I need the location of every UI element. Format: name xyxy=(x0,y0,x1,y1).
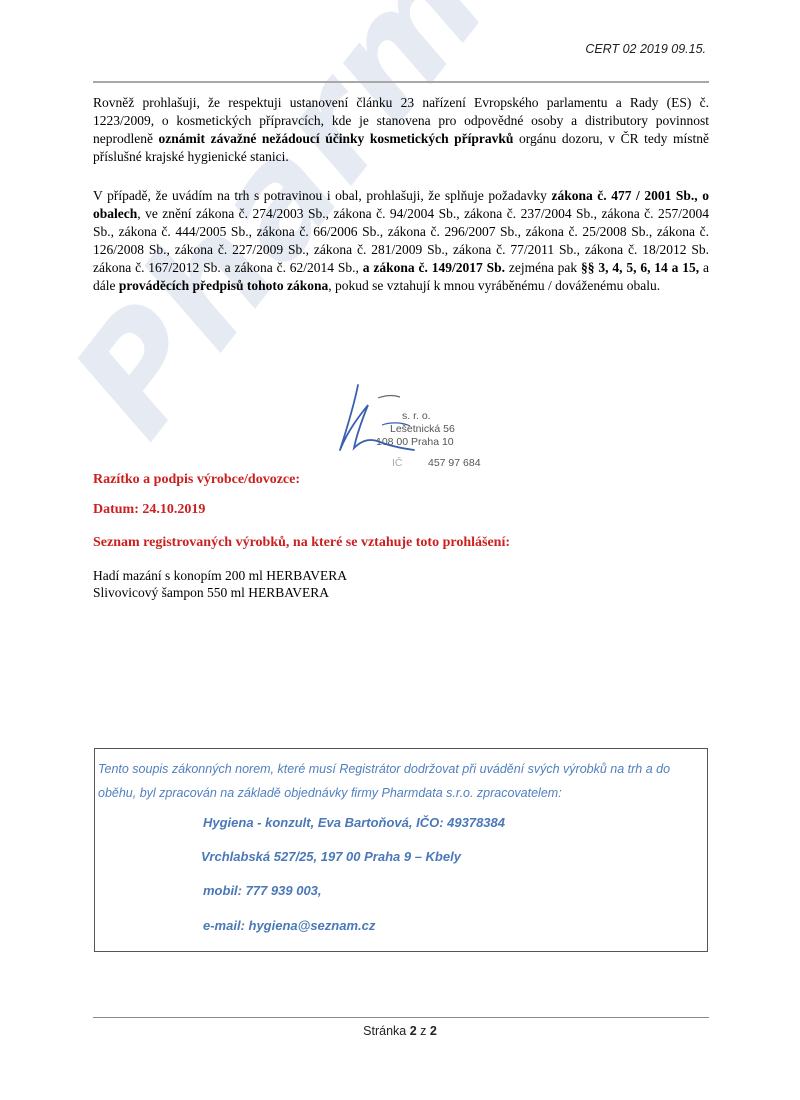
stamp-signature-label: Razítko a podpis výrobce/dovozce: xyxy=(93,472,300,488)
processor-phone: mobil: 777 939 003, xyxy=(203,883,322,898)
list-item: Hadí mazání s konopím 200 ml HERBAVERA xyxy=(93,567,347,584)
text: , pokud se vztahují k mnou vyráběnému / … xyxy=(328,278,660,293)
document-code: CERT 02 2019 09.15. xyxy=(585,42,706,56)
processor-company: Hygiena - konzult, Eva Bartoňová, IČO: 4… xyxy=(203,815,505,830)
bold-text: a zákona č. 149/2017 Sb. xyxy=(363,260,505,275)
page-number: Stránka 2 z 2 xyxy=(0,1024,800,1038)
header-divider xyxy=(93,81,709,83)
products-heading: Seznam registrovaných výrobků, na které … xyxy=(93,535,510,551)
footer-divider xyxy=(93,1017,709,1018)
handwritten-signature-icon xyxy=(330,380,450,460)
page-prefix: Stránka xyxy=(363,1024,410,1038)
total-pages: 2 xyxy=(430,1024,437,1038)
page-separator: z xyxy=(417,1024,430,1038)
processor-email: e-mail: hygiena@seznam.cz xyxy=(203,918,375,933)
text: V případě, že uvádím na trh s potravinou… xyxy=(93,188,551,203)
signature-and-stamp: s. r. o. Lešetnická 56 108 00 Praha 10 I… xyxy=(330,380,550,470)
list-item: Slivovicový šampon 550 ml HERBAVERA xyxy=(93,584,347,601)
processor-info-box: Tento soupis zákonných norem, které musí… xyxy=(94,748,708,952)
info-intro: Tento soupis zákonných norem, které musí… xyxy=(98,757,703,805)
paragraph-packaging-declaration: V případě, že uvádím na trh s potravinou… xyxy=(93,187,709,295)
processor-address: Vrchlabská 527/25, 197 00 Praha 9 – Kbel… xyxy=(201,849,461,864)
product-list: Hadí mazání s konopím 200 ml HERBAVERA S… xyxy=(93,567,347,601)
current-page: 2 xyxy=(410,1024,417,1038)
bold-text: §§ 3, 4, 5, 6, 14 a 15, xyxy=(581,260,699,275)
paragraph-cosmetics-declaration: Rovněž prohlašuji, že respektuji ustanov… xyxy=(93,94,709,166)
bold-text: prováděcích předpisů tohoto zákona xyxy=(119,278,328,293)
date-label: Datum: 24.10.2019 xyxy=(93,502,205,518)
text: zejména pak xyxy=(505,260,581,275)
bold-text: oznámit závažné nežádoucí účinky kosmeti… xyxy=(159,131,514,146)
